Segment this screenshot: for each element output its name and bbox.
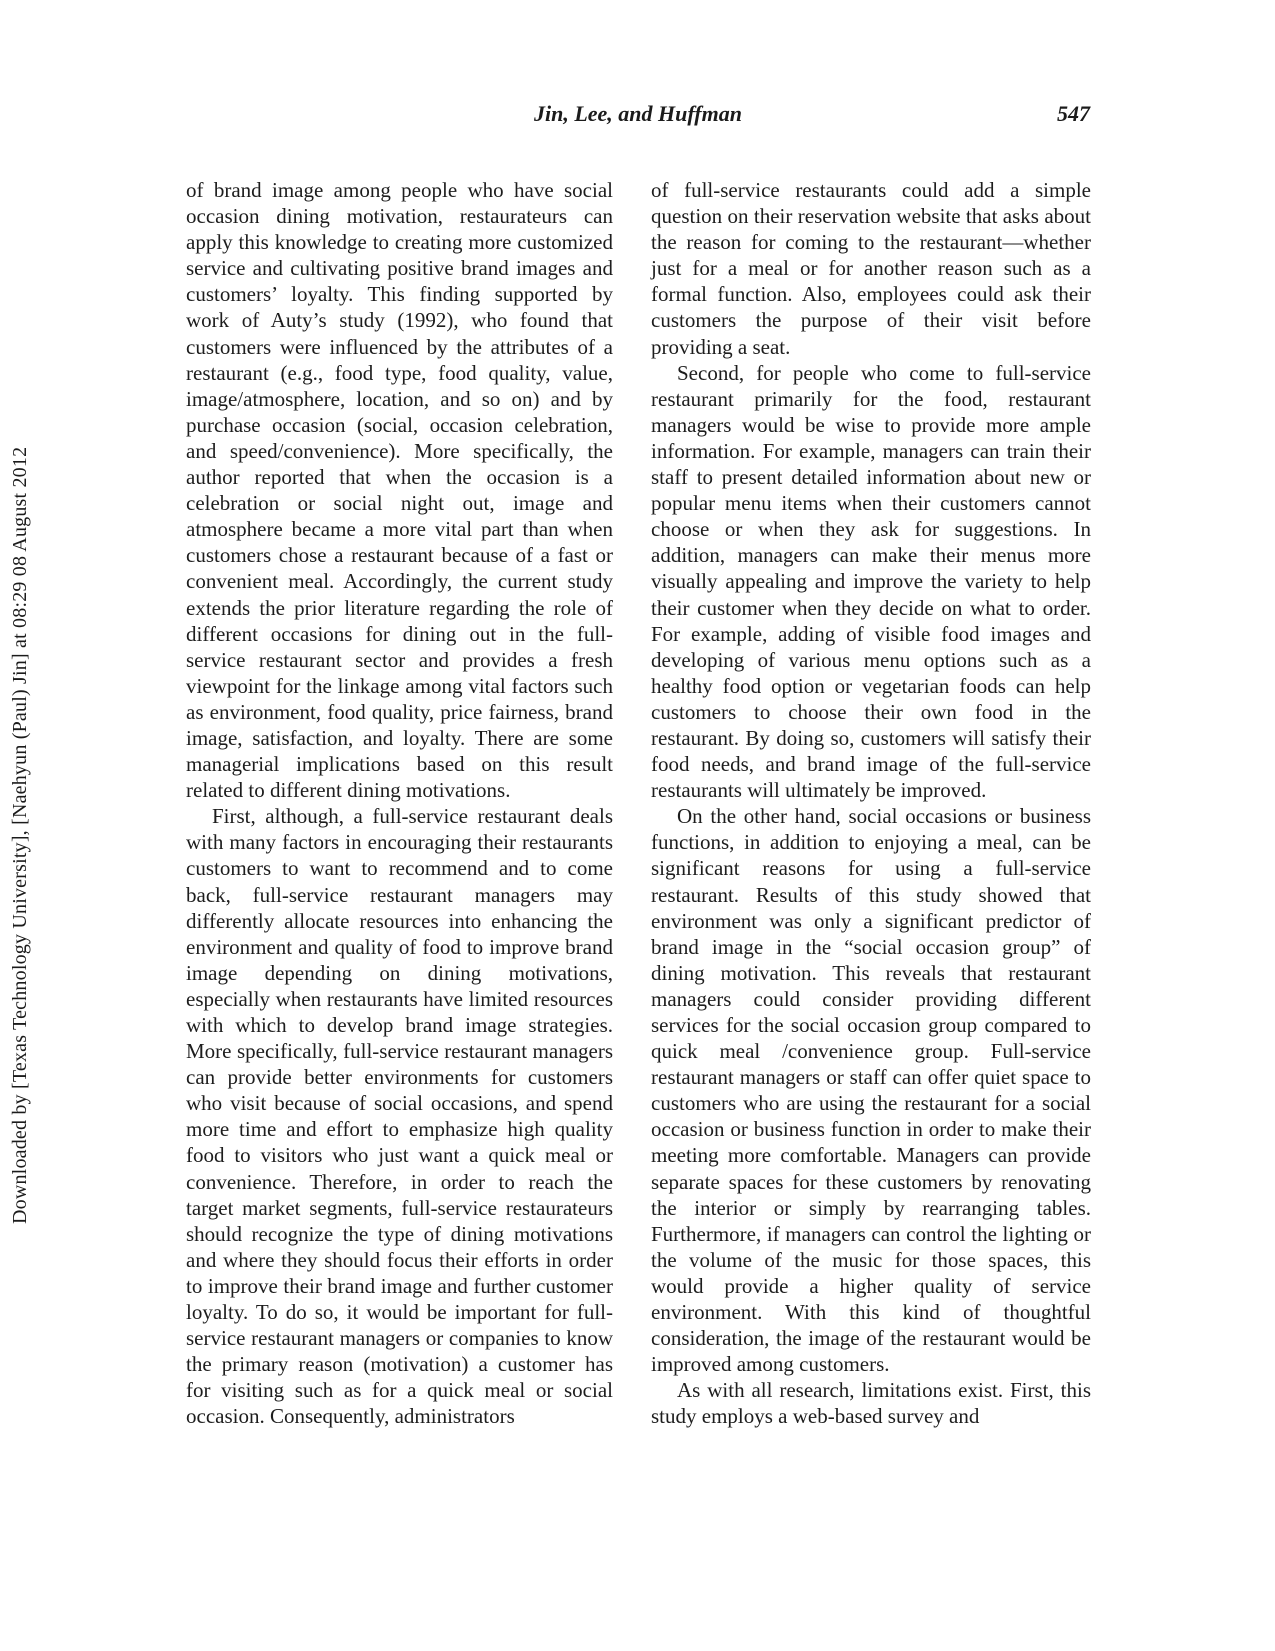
running-title: Jin, Lee, and Huffman (534, 101, 742, 126)
paragraph: As with all research, limitations exist.… (651, 1377, 1091, 1429)
left-column: of brand image among people who have soc… (186, 177, 613, 1430)
paragraph: of full-service restaurants could add a … (651, 177, 1091, 360)
right-column: of full-service restaurants could add a … (651, 177, 1091, 1430)
page-number: 547 (1057, 101, 1090, 127)
paragraph: First, although, a full-service restaura… (186, 803, 613, 1429)
paragraph: of brand image among people who have soc… (186, 177, 613, 803)
paragraph: Second, for people who come to full-serv… (651, 360, 1091, 804)
download-watermark: Downloaded by [Texas Technology Universi… (9, 447, 32, 1224)
journal-page: Jin, Lee, and Huffman 547 Downloaded by … (0, 0, 1275, 1651)
paragraph: On the other hand, social occasions or b… (651, 803, 1091, 1377)
running-head: Jin, Lee, and Huffman 547 (186, 101, 1090, 131)
